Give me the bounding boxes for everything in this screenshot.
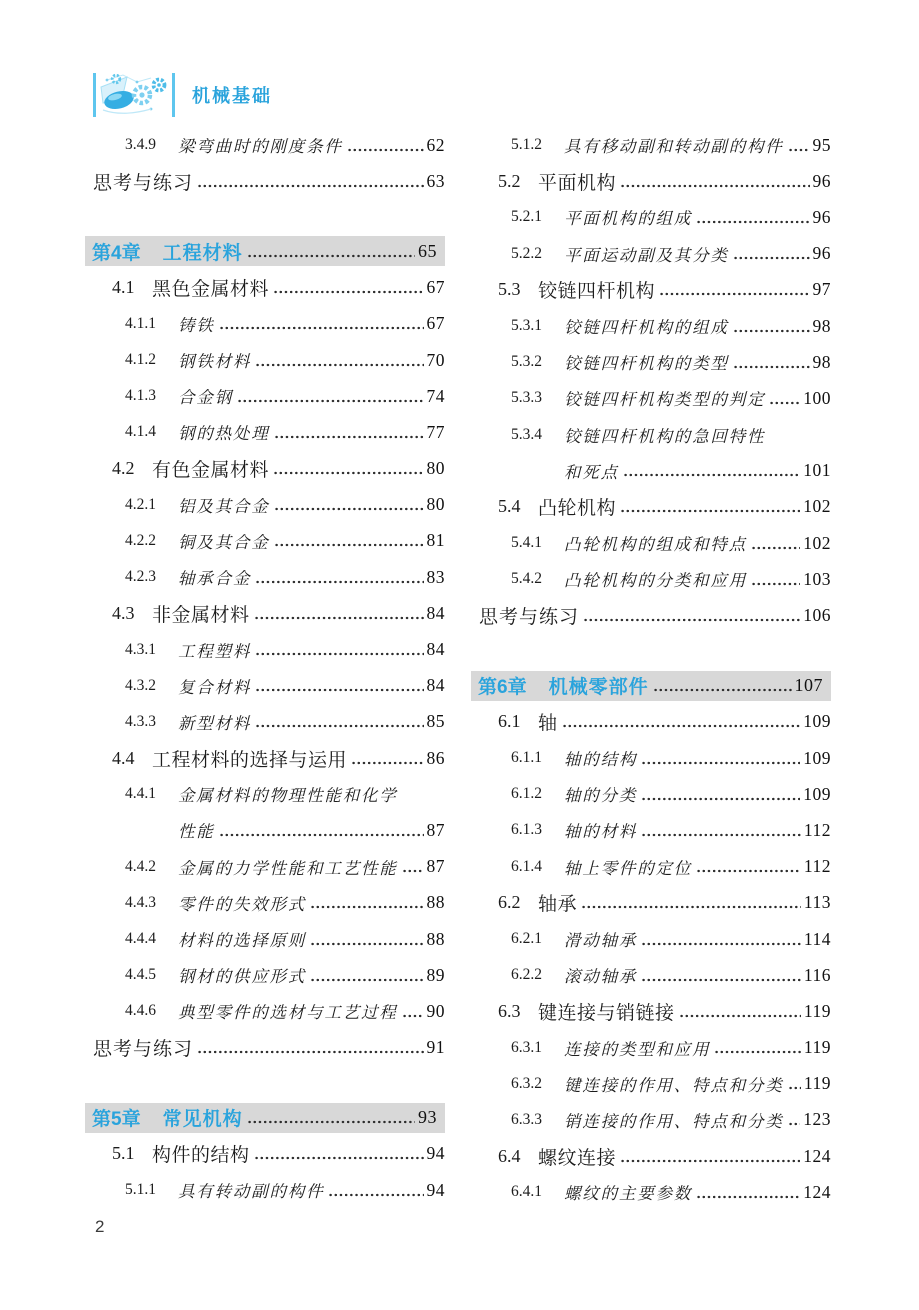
toc-subsection-entry: 5.1.1具有转动副的构件94 [85, 1172, 445, 1208]
entry-page: 113 [804, 892, 831, 913]
entry-title: 轴的结构 [564, 746, 637, 770]
entry-number: 5.2.2 [511, 245, 564, 263]
entry-title: 键连接与销链接 [538, 998, 675, 1025]
toc-section-entry: 5.1构件的结构94 [85, 1136, 445, 1172]
entry-page: 67 [427, 313, 446, 334]
entry-page: 114 [804, 929, 831, 950]
dot-leader [254, 616, 424, 620]
entry-number: 6.4.1 [511, 1183, 564, 1201]
entry-page: 88 [427, 929, 446, 950]
entry-number: 5.3.1 [511, 317, 564, 335]
toc-section-entry: 6.3键连接与销链接119 [471, 993, 831, 1029]
toc-subsection-entry: 5.3.1铰链四杆机构的组成98 [471, 308, 831, 344]
dot-leader [623, 473, 800, 477]
dot-leader [255, 724, 423, 728]
entry-number: 6.4 [498, 1146, 538, 1167]
toc-subsection-line1: 4.4.1金属材料的物理性能和化学 [85, 776, 445, 812]
dot-leader [641, 978, 801, 982]
toc-subsection-entry: 6.3.1连接的类型和应用119 [471, 1030, 831, 1066]
entry-title: 金属的力学性能和工艺性能 [178, 855, 398, 879]
entry-title: 螺纹连接 [538, 1143, 616, 1170]
toc-subsection-entry: 4.4.4材料的选择原则88 [85, 921, 445, 957]
dot-leader [788, 1122, 801, 1126]
toc-subsection-entry: 3.4.9梁弯曲时的刚度条件62 [85, 127, 445, 163]
dot-leader [310, 905, 423, 909]
toc-subsection-continuation: 性能87 [85, 812, 445, 848]
dot-leader [581, 905, 801, 909]
entry-title: 复合材料 [178, 674, 251, 698]
entry-page: 107 [795, 675, 824, 696]
entry-page: 98 [813, 316, 832, 337]
dot-leader [310, 942, 423, 946]
dot-leader [733, 256, 810, 260]
dot-leader [641, 761, 800, 765]
toc-section-entry: 6.2轴承113 [471, 885, 831, 921]
entry-title: 凸轮机构的组成和特点 [564, 531, 747, 555]
toc-chapter-entry: 第6章机械零部件107 [471, 671, 831, 701]
toc-subsection-entry: 4.2.3轴承合金83 [85, 559, 445, 595]
toc-subsection-entry: 4.4.3零件的失效形式88 [85, 885, 445, 921]
entry-title: 连接的类型和应用 [564, 1036, 710, 1060]
entry-number: 5.1.2 [511, 136, 564, 154]
entry-title: 铜及其合金 [178, 529, 270, 553]
entry-page: 74 [427, 386, 446, 407]
entry-title: 有色金属材料 [152, 455, 269, 482]
entry-number: 4.2.2 [125, 532, 178, 550]
entry-number: 5.3 [498, 279, 538, 300]
entry-number: 6.3.2 [511, 1075, 564, 1093]
dot-leader [562, 724, 801, 728]
toc-exercise-entry: 思考与练习106 [471, 597, 831, 633]
entry-number: 4.1.3 [125, 387, 178, 405]
entry-title: 新型材料 [178, 710, 251, 734]
book-toc-page: 机械基础 3.4.9梁弯曲时的刚度条件62思考与练习63第4章工程材料654.1… [0, 0, 919, 1310]
entry-title: 键连接的作用、特点和分类 [564, 1072, 784, 1096]
entry-title: 铰链四杆机构的类型 [564, 350, 729, 374]
entry-page: 90 [427, 1001, 446, 1022]
toc-chapter-entry: 第5章常见机构93 [85, 1103, 445, 1133]
entry-title: 合金钢 [178, 384, 233, 408]
entry-number: 6.1.1 [511, 749, 564, 767]
dot-leader [751, 546, 800, 550]
entry-number: 6.2.2 [511, 966, 564, 984]
entry-number: 6.1.2 [511, 785, 564, 803]
toc-section-entry: 6.4螺纹连接124 [471, 1138, 831, 1174]
entry-number: 5.2.1 [511, 208, 564, 226]
entry-page: 80 [427, 494, 446, 515]
entry-page: 109 [803, 711, 831, 732]
dot-leader [273, 471, 423, 475]
entry-page: 86 [427, 748, 446, 769]
entry-number: 4.1 [112, 277, 152, 298]
entry-number: 4.2.3 [125, 568, 178, 586]
entry-number: 第4章 [92, 238, 141, 265]
toc-chapter-entry: 第4章工程材料65 [85, 236, 445, 266]
toc-subsection-entry: 5.4.1凸轮机构的组成和特点102 [471, 525, 831, 561]
toc-section-entry: 5.4凸轮机构102 [471, 489, 831, 525]
entry-page: 124 [803, 1182, 831, 1203]
entry-page: 96 [813, 171, 832, 192]
entry-page: 77 [427, 422, 446, 443]
toc-subsection-entry: 4.2.2铜及其合金81 [85, 523, 445, 559]
entry-number: 4.1.2 [125, 351, 178, 369]
entry-title: 黑色金属材料 [152, 274, 269, 301]
toc-column-right: 5.1.2具有移动副和转动副的构件955.2平面机构965.2.1平面机构的组成… [471, 127, 831, 1210]
entry-number: 4.2 [112, 458, 152, 479]
entry-number: 4.3 [112, 603, 152, 624]
entry-number: 4.1.1 [125, 315, 178, 333]
entry-title: 平面运动副及其分类 [564, 242, 729, 266]
dot-leader [620, 1159, 800, 1163]
entry-page: 81 [427, 530, 446, 551]
entry-number: 4.3.3 [125, 713, 178, 731]
entry-page: 123 [803, 1109, 831, 1130]
toc-subsection-entry: 4.3.1工程塑料84 [85, 631, 445, 667]
entry-page: 106 [803, 605, 831, 626]
toc-subsection-entry: 6.2.1滑动轴承114 [471, 921, 831, 957]
dot-leader [328, 1193, 423, 1197]
dot-leader [247, 1120, 415, 1124]
toc-subsection-entry: 4.1.4钢的热处理77 [85, 414, 445, 450]
entry-title: 轴的材料 [564, 818, 637, 842]
entry-number: 6.3.1 [511, 1039, 564, 1057]
entry-page: 84 [427, 675, 446, 696]
entry-number: 第6章 [478, 672, 527, 699]
dot-leader [219, 326, 424, 330]
dot-leader [310, 978, 423, 982]
entry-page: 80 [427, 458, 446, 479]
entry-number: 4.4.4 [125, 930, 178, 948]
entry-title: 思考与练习 [93, 1034, 193, 1061]
dot-leader [583, 618, 800, 622]
entry-number: 5.4 [498, 496, 538, 517]
entry-title: 滚动轴承 [564, 963, 637, 987]
dot-leader [659, 292, 809, 296]
entry-page: 94 [427, 1180, 446, 1201]
entry-page: 83 [427, 567, 446, 588]
entry-title: 铰链四杆机构 [538, 276, 655, 303]
toc-column-left: 3.4.9梁弯曲时的刚度条件62思考与练习63第4章工程材料654.1黑色金属材… [85, 127, 445, 1208]
toc-section-entry: 4.1黑色金属材料67 [85, 270, 445, 306]
entry-title: 工程材料 [163, 238, 243, 265]
toc-section-entry: 6.1轴109 [471, 704, 831, 740]
entry-number: 5.1 [112, 1143, 152, 1164]
entry-page: 70 [427, 350, 446, 371]
entry-title: 典型零件的选材与工艺过程 [178, 999, 398, 1023]
entry-title: 轴的分类 [564, 782, 637, 806]
dot-leader [255, 652, 423, 656]
toc-spacer [471, 634, 831, 668]
toc-section-entry: 4.2有色金属材料80 [85, 451, 445, 487]
entry-number: 6.3.3 [511, 1111, 564, 1129]
entry-title: 具有转动副的构件 [178, 1178, 324, 1202]
dot-leader [254, 1156, 424, 1160]
toc-subsection-entry: 6.1.1轴的结构109 [471, 740, 831, 776]
toc-subsection-entry: 5.2.1平面机构的组成96 [471, 199, 831, 235]
dot-leader [197, 1050, 423, 1054]
entry-page: 93 [418, 1107, 437, 1128]
entry-number: 4.3.1 [125, 641, 178, 659]
entry-page: 85 [427, 711, 446, 732]
entry-title: 性能 [178, 818, 215, 842]
toc-exercise-entry: 思考与练习63 [85, 163, 445, 199]
toc-section-entry: 5.3铰链四杆机构97 [471, 272, 831, 308]
entry-number: 6.2.1 [511, 930, 564, 948]
entry-title: 思考与练习 [479, 602, 579, 629]
toc-spacer [85, 199, 445, 233]
entry-number: 5.4.2 [511, 570, 564, 588]
toc-subsection-entry: 6.1.3轴的材料112 [471, 812, 831, 848]
dot-leader [274, 507, 424, 511]
entry-page: 62 [427, 135, 446, 156]
entry-page: 87 [427, 856, 446, 877]
entry-number: 第5章 [92, 1104, 141, 1131]
toc-subsection-entry: 4.1.2钢铁材料70 [85, 342, 445, 378]
entry-title: 常见机构 [163, 1104, 243, 1131]
entry-number: 5.3.4 [511, 426, 564, 444]
toc-subsection-entry: 4.3.3新型材料85 [85, 704, 445, 740]
entry-title: 和死点 [564, 459, 619, 483]
entry-number: 4.4.3 [125, 894, 178, 912]
dot-leader [255, 688, 423, 692]
entry-title: 构件的结构 [152, 1140, 250, 1167]
entry-title: 具有移动副和转动副的构件 [564, 133, 784, 157]
entry-title: 金属材料的物理性能和化学 [178, 782, 398, 806]
entry-title: 凸轮机构的分类和应用 [564, 567, 747, 591]
dot-leader [255, 580, 423, 584]
entry-page: 84 [427, 603, 446, 624]
entry-page: 95 [813, 135, 832, 156]
entry-number: 4.4 [112, 748, 152, 769]
toc-subsection-entry: 6.1.2轴的分类109 [471, 776, 831, 812]
entry-page: 96 [813, 243, 832, 264]
entry-number: 6.2 [498, 892, 538, 913]
entry-title: 滑动轴承 [564, 927, 637, 951]
dot-leader [620, 184, 809, 188]
entry-page: 84 [427, 639, 446, 660]
dot-leader [653, 688, 792, 692]
entry-title: 铰链四杆机构类型的判定 [564, 386, 765, 410]
entry-title: 铰链四杆机构的急回特性 [564, 423, 765, 447]
entry-page: 63 [427, 171, 446, 192]
dot-leader [219, 833, 424, 837]
entry-number: 6.3 [498, 1001, 538, 1022]
entry-title: 非金属材料 [152, 600, 250, 627]
entry-title: 钢的热处理 [178, 420, 270, 444]
entry-title: 铝及其合金 [178, 493, 270, 517]
entry-number: 4.4.2 [125, 858, 178, 876]
entry-title: 凸轮机构 [538, 493, 616, 520]
dot-leader [788, 1086, 801, 1090]
entry-title: 思考与练习 [93, 168, 193, 195]
dot-leader [255, 363, 423, 367]
entry-page: 91 [427, 1037, 446, 1058]
entry-title: 轴承 [538, 889, 577, 916]
entry-number: 4.4.1 [125, 785, 178, 803]
entry-number: 4.4.5 [125, 966, 178, 984]
toc-subsection-entry: 4.4.5钢材的供应形式89 [85, 957, 445, 993]
brand-title: 机械基础 [192, 82, 272, 108]
entry-number: 6.1.3 [511, 821, 564, 839]
dot-leader [751, 582, 800, 586]
entry-page: 89 [427, 965, 446, 986]
toc-subsection-entry: 5.4.2凸轮机构的分类和应用103 [471, 561, 831, 597]
entry-number: 5.3.3 [511, 389, 564, 407]
dot-leader [641, 833, 801, 837]
entry-number: 5.2 [498, 171, 538, 192]
entry-number: 6.1.4 [511, 858, 564, 876]
entry-title: 零件的失效形式 [178, 891, 306, 915]
entry-page: 119 [804, 1001, 831, 1022]
entry-title: 工程塑料 [178, 638, 251, 662]
dot-leader [273, 290, 423, 294]
toc-subsection-entry: 6.2.2滚动轴承116 [471, 957, 831, 993]
dot-leader [679, 1014, 801, 1018]
entry-title: 铰链四杆机构的组成 [564, 314, 729, 338]
toc-subsection-continuation: 和死点101 [471, 453, 831, 489]
page-header: 机械基础 [93, 72, 272, 118]
toc-subsection-entry: 4.3.2复合材料84 [85, 668, 445, 704]
entry-page: 88 [427, 892, 446, 913]
entry-page: 102 [803, 533, 831, 554]
dot-leader [402, 869, 424, 873]
mechanical-gears-logo-icon [93, 72, 175, 118]
entry-number: 5.1.1 [125, 1181, 178, 1199]
entry-title: 机械零部件 [549, 672, 649, 699]
dot-leader [714, 1050, 800, 1054]
entry-number: 4.1.4 [125, 423, 178, 441]
entry-title: 销连接的作用、特点和分类 [564, 1108, 784, 1132]
entry-title: 钢铁材料 [178, 348, 251, 372]
dot-leader [347, 148, 424, 152]
dot-leader [696, 220, 809, 224]
entry-page: 102 [803, 496, 831, 517]
entry-page: 101 [803, 460, 831, 481]
toc-subsection-entry: 4.4.6典型零件的选材与工艺过程90 [85, 993, 445, 1029]
entry-page: 124 [803, 1146, 831, 1167]
entry-page: 96 [813, 207, 832, 228]
toc-section-entry: 5.2平面机构96 [471, 163, 831, 199]
toc-subsection-entry: 4.1.1铸铁67 [85, 306, 445, 342]
dot-leader [733, 329, 810, 333]
toc-spacer [85, 1066, 445, 1100]
entry-page: 116 [804, 965, 831, 986]
entry-title: 轴 [538, 708, 558, 735]
dot-leader [402, 1014, 424, 1018]
entry-number: 4.4.6 [125, 1002, 178, 1020]
entry-page: 94 [427, 1143, 446, 1164]
toc-exercise-entry: 思考与练习91 [85, 1030, 445, 1066]
entry-page: 98 [813, 352, 832, 373]
dot-leader [788, 148, 810, 152]
dot-leader [696, 1195, 800, 1199]
entry-number: 4.3.2 [125, 677, 178, 695]
toc-subsection-entry: 5.3.3铰链四杆机构类型的判定100 [471, 380, 831, 416]
entry-page: 109 [803, 748, 831, 769]
toc-subsection-entry: 6.4.1螺纹的主要参数124 [471, 1174, 831, 1210]
entry-page: 112 [804, 856, 831, 877]
entry-number: 5.4.1 [511, 534, 564, 552]
entry-page: 100 [803, 388, 831, 409]
toc-subsection-entry: 5.3.2铰链四杆机构的类型98 [471, 344, 831, 380]
entry-title: 轴承合金 [178, 565, 251, 589]
entry-page: 87 [427, 820, 446, 841]
entry-title: 平面机构 [538, 168, 616, 195]
entry-title: 工程材料的选择与运用 [152, 745, 347, 772]
entry-title: 钢材的供应形式 [178, 963, 306, 987]
toc-subsection-entry: 6.3.2键连接的作用、特点和分类119 [471, 1066, 831, 1102]
dot-leader [274, 543, 424, 547]
dot-leader [274, 435, 424, 439]
entry-title: 铸铁 [178, 312, 215, 336]
dot-leader [641, 942, 801, 946]
toc-subsection-entry: 4.2.1铝及其合金80 [85, 487, 445, 523]
toc-subsection-entry: 6.1.4轴上零件的定位112 [471, 849, 831, 885]
entry-page: 119 [804, 1037, 831, 1058]
dot-leader [620, 509, 800, 513]
page-number: 2 [95, 1217, 104, 1237]
entry-number: 4.2.1 [125, 496, 178, 514]
toc-subsection-entry: 4.4.2金属的力学性能和工艺性能87 [85, 849, 445, 885]
toc-subsection-line1: 5.3.4铰链四杆机构的急回特性 [471, 417, 831, 453]
toc-subsection-entry: 6.3.3销连接的作用、特点和分类123 [471, 1102, 831, 1138]
entry-page: 65 [418, 241, 437, 262]
entry-number: 3.4.9 [125, 136, 178, 154]
dot-leader [696, 869, 801, 873]
entry-page: 97 [813, 279, 832, 300]
entry-page: 112 [804, 820, 831, 841]
entry-number: 6.1 [498, 711, 538, 732]
entry-page: 119 [804, 1073, 831, 1094]
toc-section-entry: 4.4工程材料的选择与运用86 [85, 740, 445, 776]
dot-leader [197, 184, 423, 188]
dot-leader [641, 797, 800, 801]
toc-subsection-entry: 5.1.2具有移动副和转动副的构件95 [471, 127, 831, 163]
entry-page: 109 [803, 784, 831, 805]
dot-leader [237, 399, 424, 403]
dot-leader [733, 365, 810, 369]
entry-page: 67 [427, 277, 446, 298]
entry-title: 梁弯曲时的刚度条件 [178, 133, 343, 157]
dot-leader [769, 401, 800, 405]
dot-leader [351, 761, 423, 765]
toc-subsection-entry: 4.1.3合金钢74 [85, 378, 445, 414]
entry-title: 螺纹的主要参数 [564, 1180, 692, 1204]
entry-title: 材料的选择原则 [178, 927, 306, 951]
entry-title: 轴上零件的定位 [564, 855, 692, 879]
entry-number: 5.3.2 [511, 353, 564, 371]
dot-leader [247, 254, 415, 258]
entry-title: 平面机构的组成 [564, 205, 692, 229]
toc-section-entry: 4.3非金属材料84 [85, 595, 445, 631]
entry-page: 103 [803, 569, 831, 590]
toc-subsection-entry: 5.2.2平面运动副及其分类96 [471, 236, 831, 272]
